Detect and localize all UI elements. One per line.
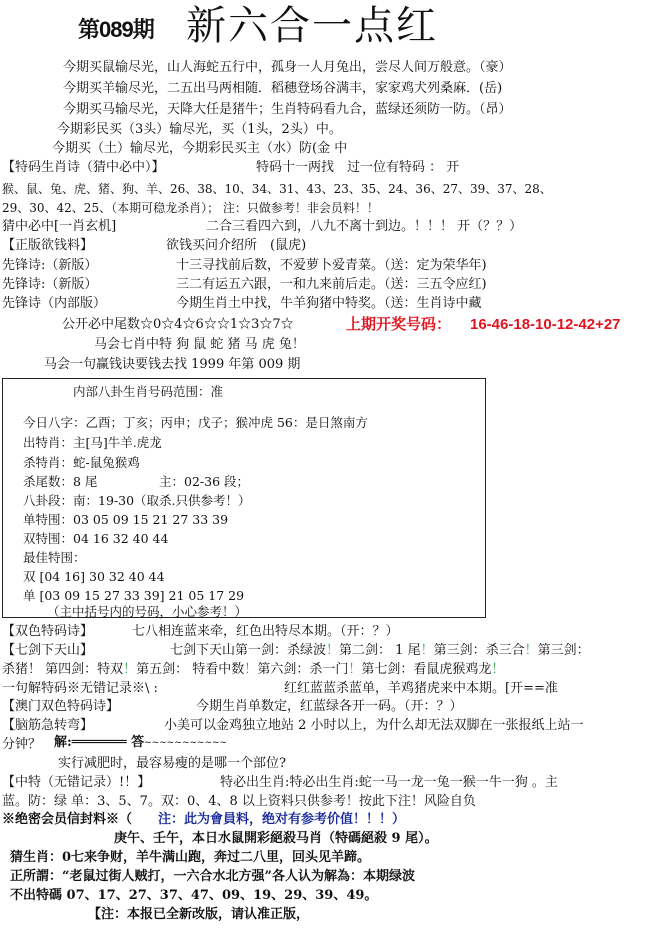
sword-5: 第五剑： 特看中数 — [136, 662, 244, 677]
special-line-2: 蓝。防：绿 单：3、5、7。双：0、4、8 以上资料只供参考！按此下注！风险自负 — [2, 793, 476, 811]
poem-line: 今期彩民买（3头）输尽光，买（1头，2头）中。 — [57, 121, 342, 139]
sword-6: 第六剑：杀一门 — [257, 662, 348, 677]
bagua-best-label: 最佳特围： — [23, 549, 86, 567]
section-label-riddle: 【脑筋急转弯】 — [2, 717, 93, 735]
section-label-macau: 【澳门双色特码诗】 — [2, 698, 119, 716]
bang: ！ — [244, 662, 257, 677]
vanguard-label: 先锋诗（内部版） — [2, 295, 106, 313]
page-title: 新六合一点红 — [186, 2, 438, 50]
poem-line: 今期买马输尽光，天降大任是猪牛；生肖特码看九合，蓝绿还须防一防。（昂） — [63, 101, 512, 119]
poem-line: 今期买（土）输尽光，今期彩民买主（水）防(金 中 — [52, 140, 347, 158]
section-label-one-phrase: 一句解特码※无错记录※\ : — [2, 680, 158, 698]
bagua-today: 今日八字：乙酉；丁亥；丙申；戊子；猴冲虎 56：是日煞南方 — [23, 414, 368, 432]
bagua-single: 单特围：03 05 09 15 21 27 33 39 — [23, 511, 228, 529]
bagua-kill: 杀特肖：蛇-鼠兔猴鸡 — [23, 454, 140, 472]
vanguard-text: 三二有运五六跟，一和九来前后走。（送：三五令应红) — [176, 276, 487, 294]
bang: ！ — [326, 643, 339, 658]
answer-label: 解:═══════ 答 — [54, 735, 144, 750]
vanguard-label: 先锋诗:（新版） — [2, 257, 97, 275]
one-phrase-text: 红红蓝蓝杀蓝单，羊鸡猪虎来中本期。[开==准 — [284, 680, 558, 698]
money-text: 欲钱买问介绍所 (鼠虎) — [166, 237, 306, 255]
sword-3b: 第三剑： — [538, 643, 590, 658]
horse-phrase: 马会一句赢钱诀要钱去找 1999 年第 009 期 — [44, 356, 300, 374]
bagua-double: 双特围：04 16 32 40 44 — [23, 530, 168, 548]
bagua-main-range: 主：02-36 段； — [159, 473, 249, 491]
section-label-special: 【中特（无错记录）!！】 — [2, 774, 150, 792]
bagua-out: 出特肖：主[马]牛羊.虎龙 — [23, 434, 162, 452]
section-label-zodiac-poem: 【特码生肖诗（猜中必中）】 — [2, 159, 165, 177]
member-line-1: 庚午、壬午，本日水鼠開彩絕殺马肖（特碼絕殺 9 尾）。 — [114, 830, 438, 848]
guess-zodiac: 猜生肖：0七来争财，羊牛满山跑，奔过二八里，回头见羊蹄。 — [10, 849, 370, 867]
horse-seven-zodiac: 马会七肖中特 狗 鼠 蛇 猪 马 虎 兔！ — [94, 336, 305, 354]
section-label-money: 【正版欲钱料】 — [2, 237, 93, 255]
one-zodiac-text: 二合三看四六到，八九不离十到边。！！！ 开（？？） — [206, 218, 522, 236]
section-label-member: ※绝密会员信封料※（ — [2, 811, 132, 829]
sword-7: 第七剑：看鼠虎猴鸡龙 — [361, 662, 491, 677]
zodiac-number-list: 29、30、42、25、（本期可稳龙杀肖）； 注：只做参考！非会员料！！ — [2, 199, 379, 217]
bagua-kill-tail: 杀尾数：8 尾 — [23, 473, 97, 491]
section-label-seven-swords: 【七剑下天山】 — [2, 642, 93, 660]
no-special-numbers: 不出特碼 07、17、27、37、47、09、19、29、39、49。 — [10, 887, 377, 905]
seven-swords-line: 杀猪！ 第四剑：特双！第五剑： 特看中数！第六剑：杀一门！第七剑：看鼠虎猴鸡龙！ — [2, 661, 504, 679]
poem-line: 今期买鼠输尽光，山人海蛇五行中，孤身一人月兔出，尝尽人间万般意。（豪） — [63, 59, 512, 77]
two-color-text: 七八相连蓝来牵，红色出特尽本期。（开：？） — [132, 623, 399, 641]
vanguard-text: 十三寻找前后数，不爱萝卜爱青菜。（送：定为荣华年) — [176, 257, 487, 275]
bagua-box: 内部八卦生肖号码范围：准 今日八字：乙酉；丁亥；丙申；戊子；猴冲虎 56：是日煞… — [2, 378, 486, 618]
vanguard-text: 今期生肖土中找，牛羊狗猪中特奖。（送：生肖诗中藏 — [176, 295, 482, 313]
poem-line: 今期买羊输尽光，二五出马两相随．稻穗登场谷满丰，家家鸡犬列桑麻．(岳) — [63, 80, 502, 98]
special-text: 特必出生肖:特必出生肖:蛇一马一龙一兔一猴一牛一狗 。主 — [220, 774, 558, 792]
saying: 正所謂：“老鼠过街人贼打，一六合水北方强”各人认为解為：本期绿波 — [10, 868, 415, 886]
sword-4: 杀猪！ 第四剑：特双 — [2, 662, 123, 677]
bagua-range: 八卦段：南：19-30（取杀.只供参考！） — [23, 492, 251, 510]
bagua-best-double: 双 [04 16] 30 32 40 44 — [23, 568, 165, 586]
bang: ！ — [525, 643, 538, 658]
bang: ！ — [348, 662, 361, 677]
tail-numbers: 公开必中尾数☆0☆4☆6☆☆1☆3☆7☆ — [62, 316, 294, 334]
footer-note: 【注：本报已全新改版，请认准正版， — [88, 906, 309, 924]
bang: ！ — [421, 643, 434, 658]
bang: ！ — [491, 662, 504, 677]
macau-text: 今期生肖单数定，红蓝绿各开一码。（开：？） — [196, 698, 463, 716]
zodiac-number-list: 猴、鼠、兔、虎、猪、狗、羊、26、38、10、34、31、43、23、35、24… — [2, 180, 552, 198]
sword-2: 第二剑： 1 尾 — [339, 643, 421, 658]
answer-tail: ~~~~~~~~~~~ — [144, 738, 227, 748]
bagua-note: （主中括号内的号码，小心参考！） — [47, 603, 247, 621]
bagua-title: 内部八卦生肖号码范围：准 — [73, 383, 223, 401]
member-note: 注：此为會員料，绝对有参考价值！！！） — [158, 811, 405, 829]
sword-1: 七剑下天山第一剑：杀绿波 — [170, 643, 326, 658]
zodiac-poem-text: 特码十一两找 过一位有特码 ： 开 — [256, 159, 459, 177]
section-label-one-zodiac: 猜中必中[一肖玄机] — [2, 218, 116, 236]
riddle-text-2: 分钟？ — [2, 736, 41, 754]
riddle-answer: 解:═══════ 答~~~~~~~~~~~ — [54, 734, 227, 752]
last-draw-label: 上期开奖号码： — [346, 316, 451, 334]
last-draw-numbers: 16-46-18-10-12-42+27 — [470, 316, 621, 334]
bang: ！ — [123, 662, 136, 677]
seven-swords-line: 七剑下天山第一剑：杀绿波！第二剑： 1 尾！第三剑：杀三合！第三剑： — [170, 642, 590, 660]
issue-number: 第089期 — [78, 16, 154, 44]
vanguard-label: 先锋诗:（新版） — [2, 276, 97, 294]
riddle-text: 小美可以金鸡独立地站 2 小时以上，为什么却无法双脚在一张报纸上站一 — [164, 717, 584, 735]
section-label-two-color: 【双色特码诗】 — [2, 623, 93, 641]
riddle-question-2: 实行减肥时，最容易瘦的是哪一个部位? — [58, 755, 286, 773]
sword-3: 第三剑：杀三合 — [434, 643, 525, 658]
